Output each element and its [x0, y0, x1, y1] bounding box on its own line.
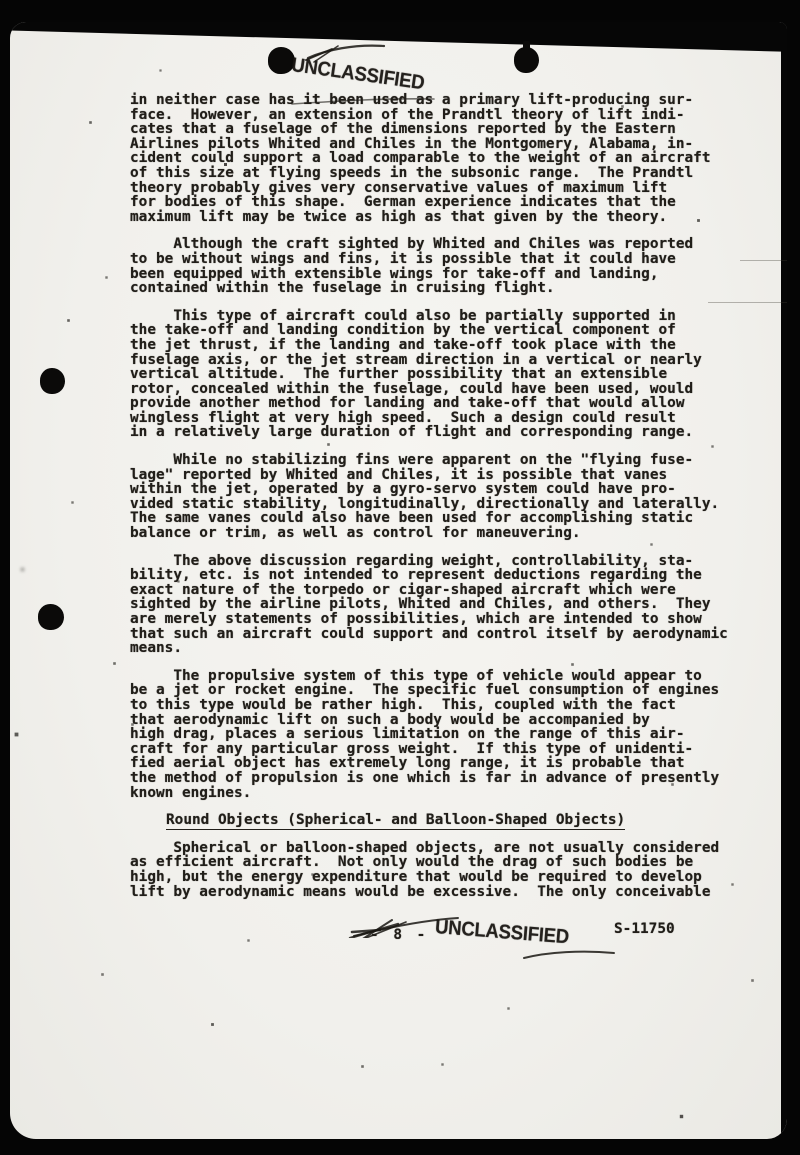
paragraph-2: Although the craft sighted by Whited and…: [130, 237, 770, 295]
paragraph-3: This type of aircraft could also be part…: [130, 309, 770, 440]
paragraph-4: While no stabilizing fins were apparent …: [130, 453, 770, 541]
section-heading: Round Objects (Spherical- and Balloon-Sh…: [130, 813, 770, 828]
paragraph-5: The above discussion regarding weight, c…: [130, 554, 770, 656]
scanned-document-page: in neither case has it been used as a pr…: [0, 0, 800, 1155]
scan-edge-top: [10, 22, 787, 52]
hole-punch-mark-top-right: [514, 47, 539, 73]
paragraph-7: Spherical or balloon-shaped objects, are…: [130, 841, 770, 899]
scan-edge-right: [781, 22, 787, 1139]
paper-sheet: in neither case has it been used as a pr…: [10, 22, 787, 1139]
hole-punch-mark-left-upper: [40, 368, 65, 394]
document-id: S-11750: [614, 921, 675, 937]
scan-noise-specks: [10, 22, 11, 23]
document-body: in neither case has it been used as a pr…: [130, 93, 770, 912]
page-number: - 8 -: [370, 927, 428, 943]
paragraph-1: in neither case has it been used as a pr…: [130, 93, 770, 224]
section-heading-text: Round Objects (Spherical- and Balloon-Sh…: [166, 812, 625, 830]
paragraph-6: The propulsive system of this type of ve…: [130, 669, 770, 800]
hole-punch-mark-left-lower: [38, 604, 64, 630]
pen-underline-mark-footer: [518, 944, 618, 964]
